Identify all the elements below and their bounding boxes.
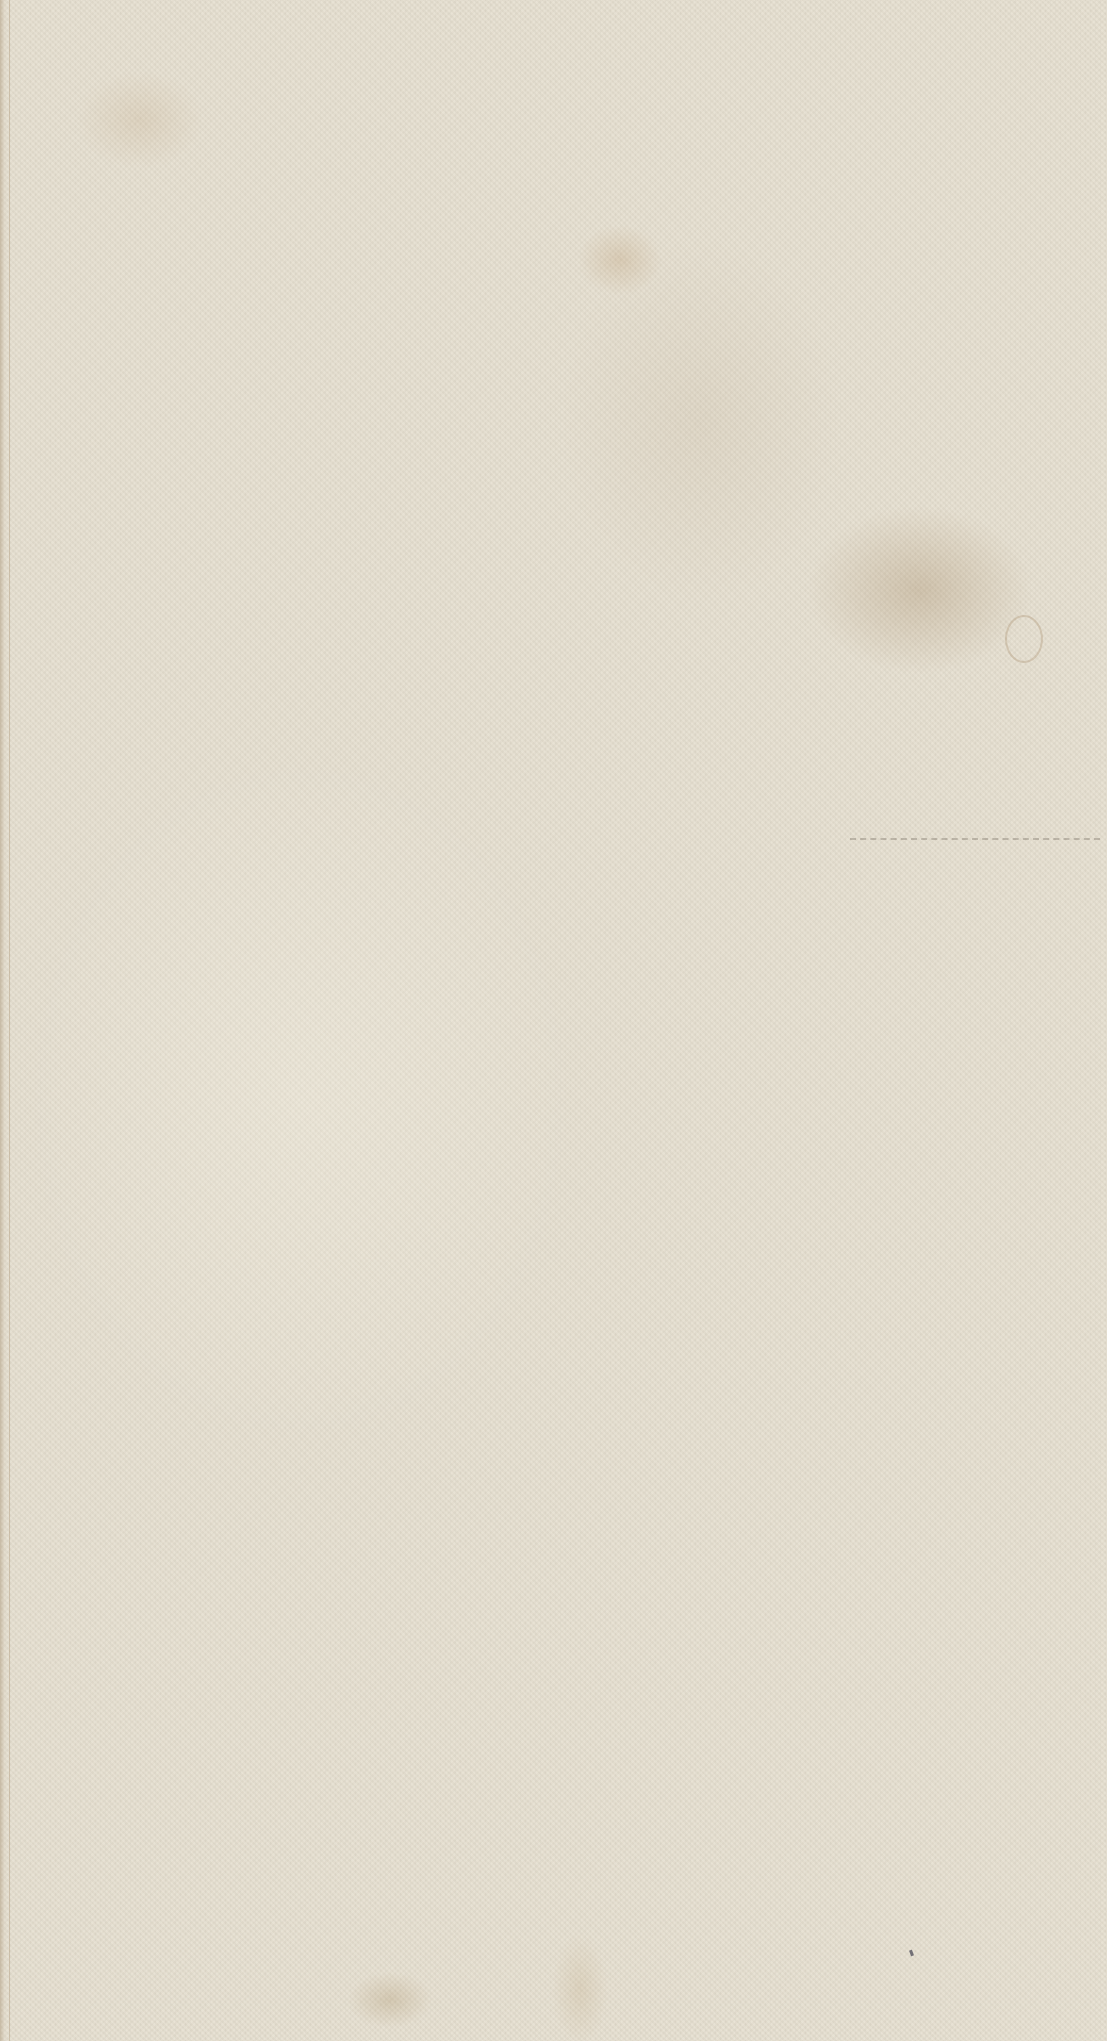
ink-speck bbox=[909, 1950, 914, 1957]
cloth-book-cover bbox=[0, 0, 1107, 2041]
faint-dashed-mark bbox=[850, 838, 1100, 840]
stain-ring bbox=[1005, 615, 1043, 663]
spine-crease-line bbox=[9, 0, 10, 2041]
spine-edge bbox=[0, 0, 8, 2041]
